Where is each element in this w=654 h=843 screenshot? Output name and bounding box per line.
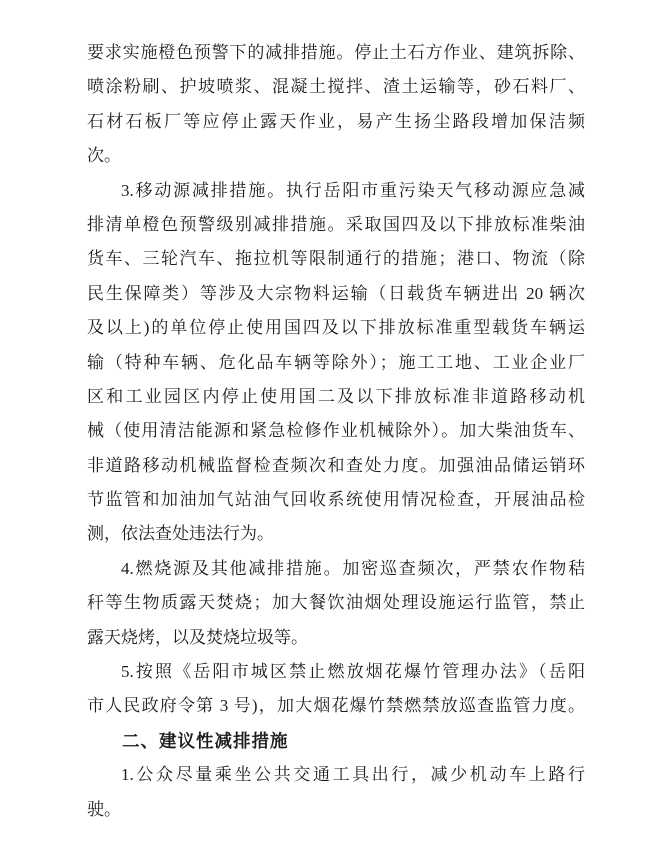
text-line: 露天烧烤，以及焚烧垃圾等。 [87,621,585,655]
text-line: 排清单橙色预警级别减排措施。采取国四及以下排放标准柴油 [87,208,585,242]
text-line: 械（使用清洁能源和紧急检修作业机械除外）。加大柴油货车、 [87,414,585,448]
text-line: 测，依法查处违法行为。 [87,517,585,551]
text-line: 货车、三轮汽车、拖拉机等限制通行的措施；港口、物流（除 [87,242,585,276]
text-line: 输（特种车辆、危化品车辆等除外）；施工工地、工业企业厂 [87,346,585,380]
text-line: 非道路移动机械监督检查频次和查处力度。加强油品储运销环 [87,449,585,483]
document-page: 要求实施橙色预警下的减排措施。停止土石方作业、建筑拆除、 喷涂粉刷、护坡喷浆、混… [0,0,654,843]
text-line: 5.按照《岳阳市城区禁止燃放烟花爆竹管理办法》（岳阳 [87,655,585,689]
text-line: 喷涂粉刷、护坡喷浆、混凝土搅拌、渣土运输等，砂石料厂、 [87,70,585,104]
text-line: 要求实施橙色预警下的减排措施。停止土石方作业、建筑拆除、 [87,36,585,70]
text-line: 4.燃烧源及其他减排措施。加密巡查频次，严禁农作物秸 [87,552,585,586]
text-line: 节监管和加油加气站油气回收系统使用情况检查，开展油品检 [87,483,585,517]
text-line: 市人民政府令第 3 号)，加大烟花爆竹禁燃禁放巡查监管力度。 [87,689,585,723]
text-line: 民生保障类）等涉及大宗物料运输（日载货车辆进出 20 辆次 [87,277,585,311]
text-line: 石材石板厂等应停止露天作业，易产生扬尘路段增加保洁频 [87,105,585,139]
page-content: 要求实施橙色预警下的减排措施。停止土石方作业、建筑拆除、 喷涂粉刷、护坡喷浆、混… [87,36,585,827]
text-line: 及以上)的单位停止使用国四及以下排放标准重型载货车辆运 [87,311,585,345]
text-line: 驶。 [87,793,585,827]
text-line: 区和工业园区内停止使用国二及以下排放标准非道路移动机 [87,380,585,414]
text-line: 1.公众尽量乘坐公共交通工具出行，减少机动车上路行 [87,758,585,792]
text-line: 3.移动源减排措施。执行岳阳市重污染天气移动源应急减 [87,174,585,208]
section-heading: 二、建议性减排措施 [87,724,585,758]
text-line: 次。 [87,139,585,173]
text-line: 秆等生物质露天焚烧；加大餐饮油烟处理设施运行监管，禁止 [87,586,585,620]
